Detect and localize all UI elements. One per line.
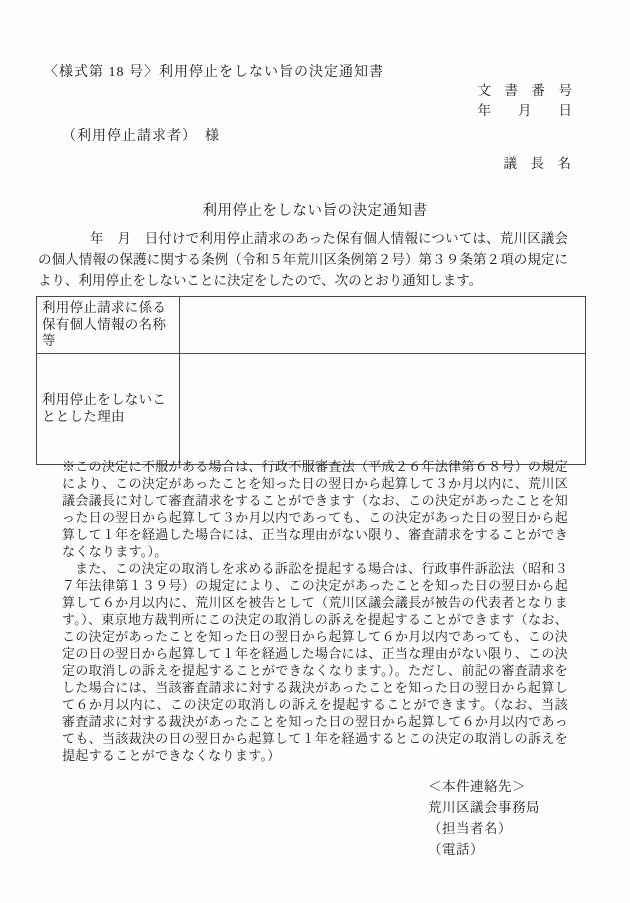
contact-phone: （電話） <box>428 839 540 860</box>
contact-block: ＜本件連絡先＞ 荒川区議会事務局 （担当者名） （電話） <box>428 776 540 860</box>
legal-notes: ※この決定に不服がある場合は、行政不服審査法（平成２６年法律第６８号）の規定によ… <box>62 458 568 764</box>
date-field: 年 月 日 <box>478 99 573 119</box>
document-title: 利用停止をしない旨の決定通知書 <box>0 199 630 220</box>
row-value-reason <box>180 353 586 464</box>
row-label-personal-info-name: 利用停止請求に係る保有個人情報の名称等 <box>37 297 180 354</box>
note-appeal-paragraph: ※この決定に不服がある場合は、行政不服審査法（平成２６年法律第６８号）の規定によ… <box>62 458 568 560</box>
contact-person: （担当者名） <box>428 818 540 839</box>
intro-paragraph: 年 月 日付けで利用停止請求のあった保有個人情報については、荒川区議会の個人情報… <box>38 228 568 291</box>
row-label-reason: 利用停止をしないこととした理由 <box>37 353 180 464</box>
document-page: 〈様式第 18 号〉利用停止をしない旨の決定通知書 文 書 番 号 年 月 日 … <box>0 0 630 903</box>
table-row: 利用停止をしないこととした理由 <box>37 353 586 464</box>
addressee-line: （利用停止請求者） 様 <box>62 125 220 145</box>
table-row: 利用停止請求に係る保有個人情報の名称等 <box>37 297 586 354</box>
note-lawsuit-paragraph: また、この決定の取消しを求める訴訟を提起する場合は、行政事件訴訟法（昭和３７年法… <box>62 560 568 764</box>
decision-table: 利用停止請求に係る保有個人情報の名称等 利用停止をしないこととした理由 <box>36 296 586 465</box>
contact-office: 荒川区議会事務局 <box>428 797 540 818</box>
contact-header: ＜本件連絡先＞ <box>428 776 540 797</box>
form-number-label: 〈様式第 18 号〉利用停止をしない旨の決定通知書 <box>44 61 384 81</box>
row-value-personal-info-name <box>180 297 586 354</box>
chair-name-line: 議 長 名 <box>504 152 572 172</box>
document-number-field: 文 書 番 号 <box>478 79 573 99</box>
